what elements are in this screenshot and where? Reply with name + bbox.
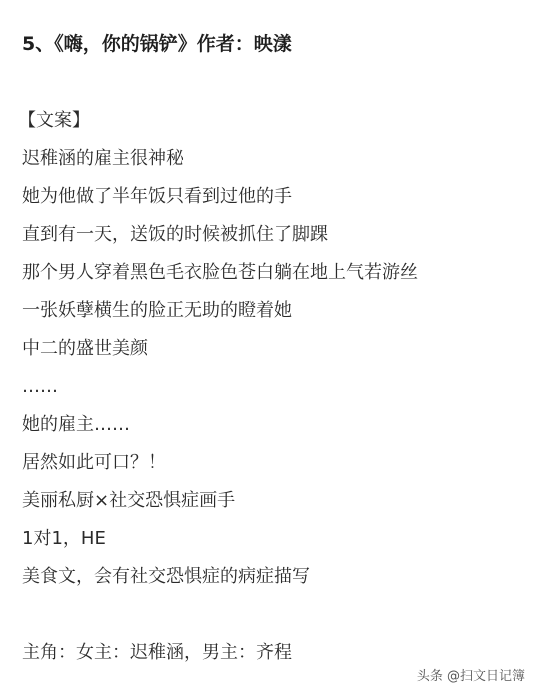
synopsis-line: 美丽私厨×社交恐惧症画手 [22,482,418,520]
watermark: 头条 @扫文日记簿 [417,668,525,686]
synopsis-line: 那个男人穿着黑色毛衣脸色苍白躺在地上气若游丝 [22,254,418,292]
document-title: 5、《嗨，你的锅铲》作者：映漾 [22,31,292,57]
synopsis-body: 【文案】 迟稚涵的雇主很神秘 她为他做了半年饭只看到过他的手 直到有一天，送饭的… [22,102,418,672]
synopsis-line: 居然如此可口？！ [22,444,418,482]
synopsis-line: …… [22,368,418,406]
synopsis-line: 中二的盛世美颜 [22,330,418,368]
section-heading: 【文案】 [18,102,418,140]
synopsis-line: 她为他做了半年饭只看到过他的手 [22,178,418,216]
synopsis-line: 1对1，HE [22,520,418,558]
synopsis-line: 迟稚涵的雇主很神秘 [22,140,418,178]
synopsis-line: 美食文，会有社交恐惧症的病症描写 [22,558,418,596]
characters-line: 主角：女主：迟稚涵，男主：齐程 [22,634,418,672]
synopsis-line: 她的雇主…… [22,406,418,444]
blank-spacer [22,596,418,634]
synopsis-line: 直到有一天，送饭的时候被抓住了脚踝 [22,216,418,254]
synopsis-line: 一张妖孽横生的脸正无助的瞪着她 [22,292,418,330]
